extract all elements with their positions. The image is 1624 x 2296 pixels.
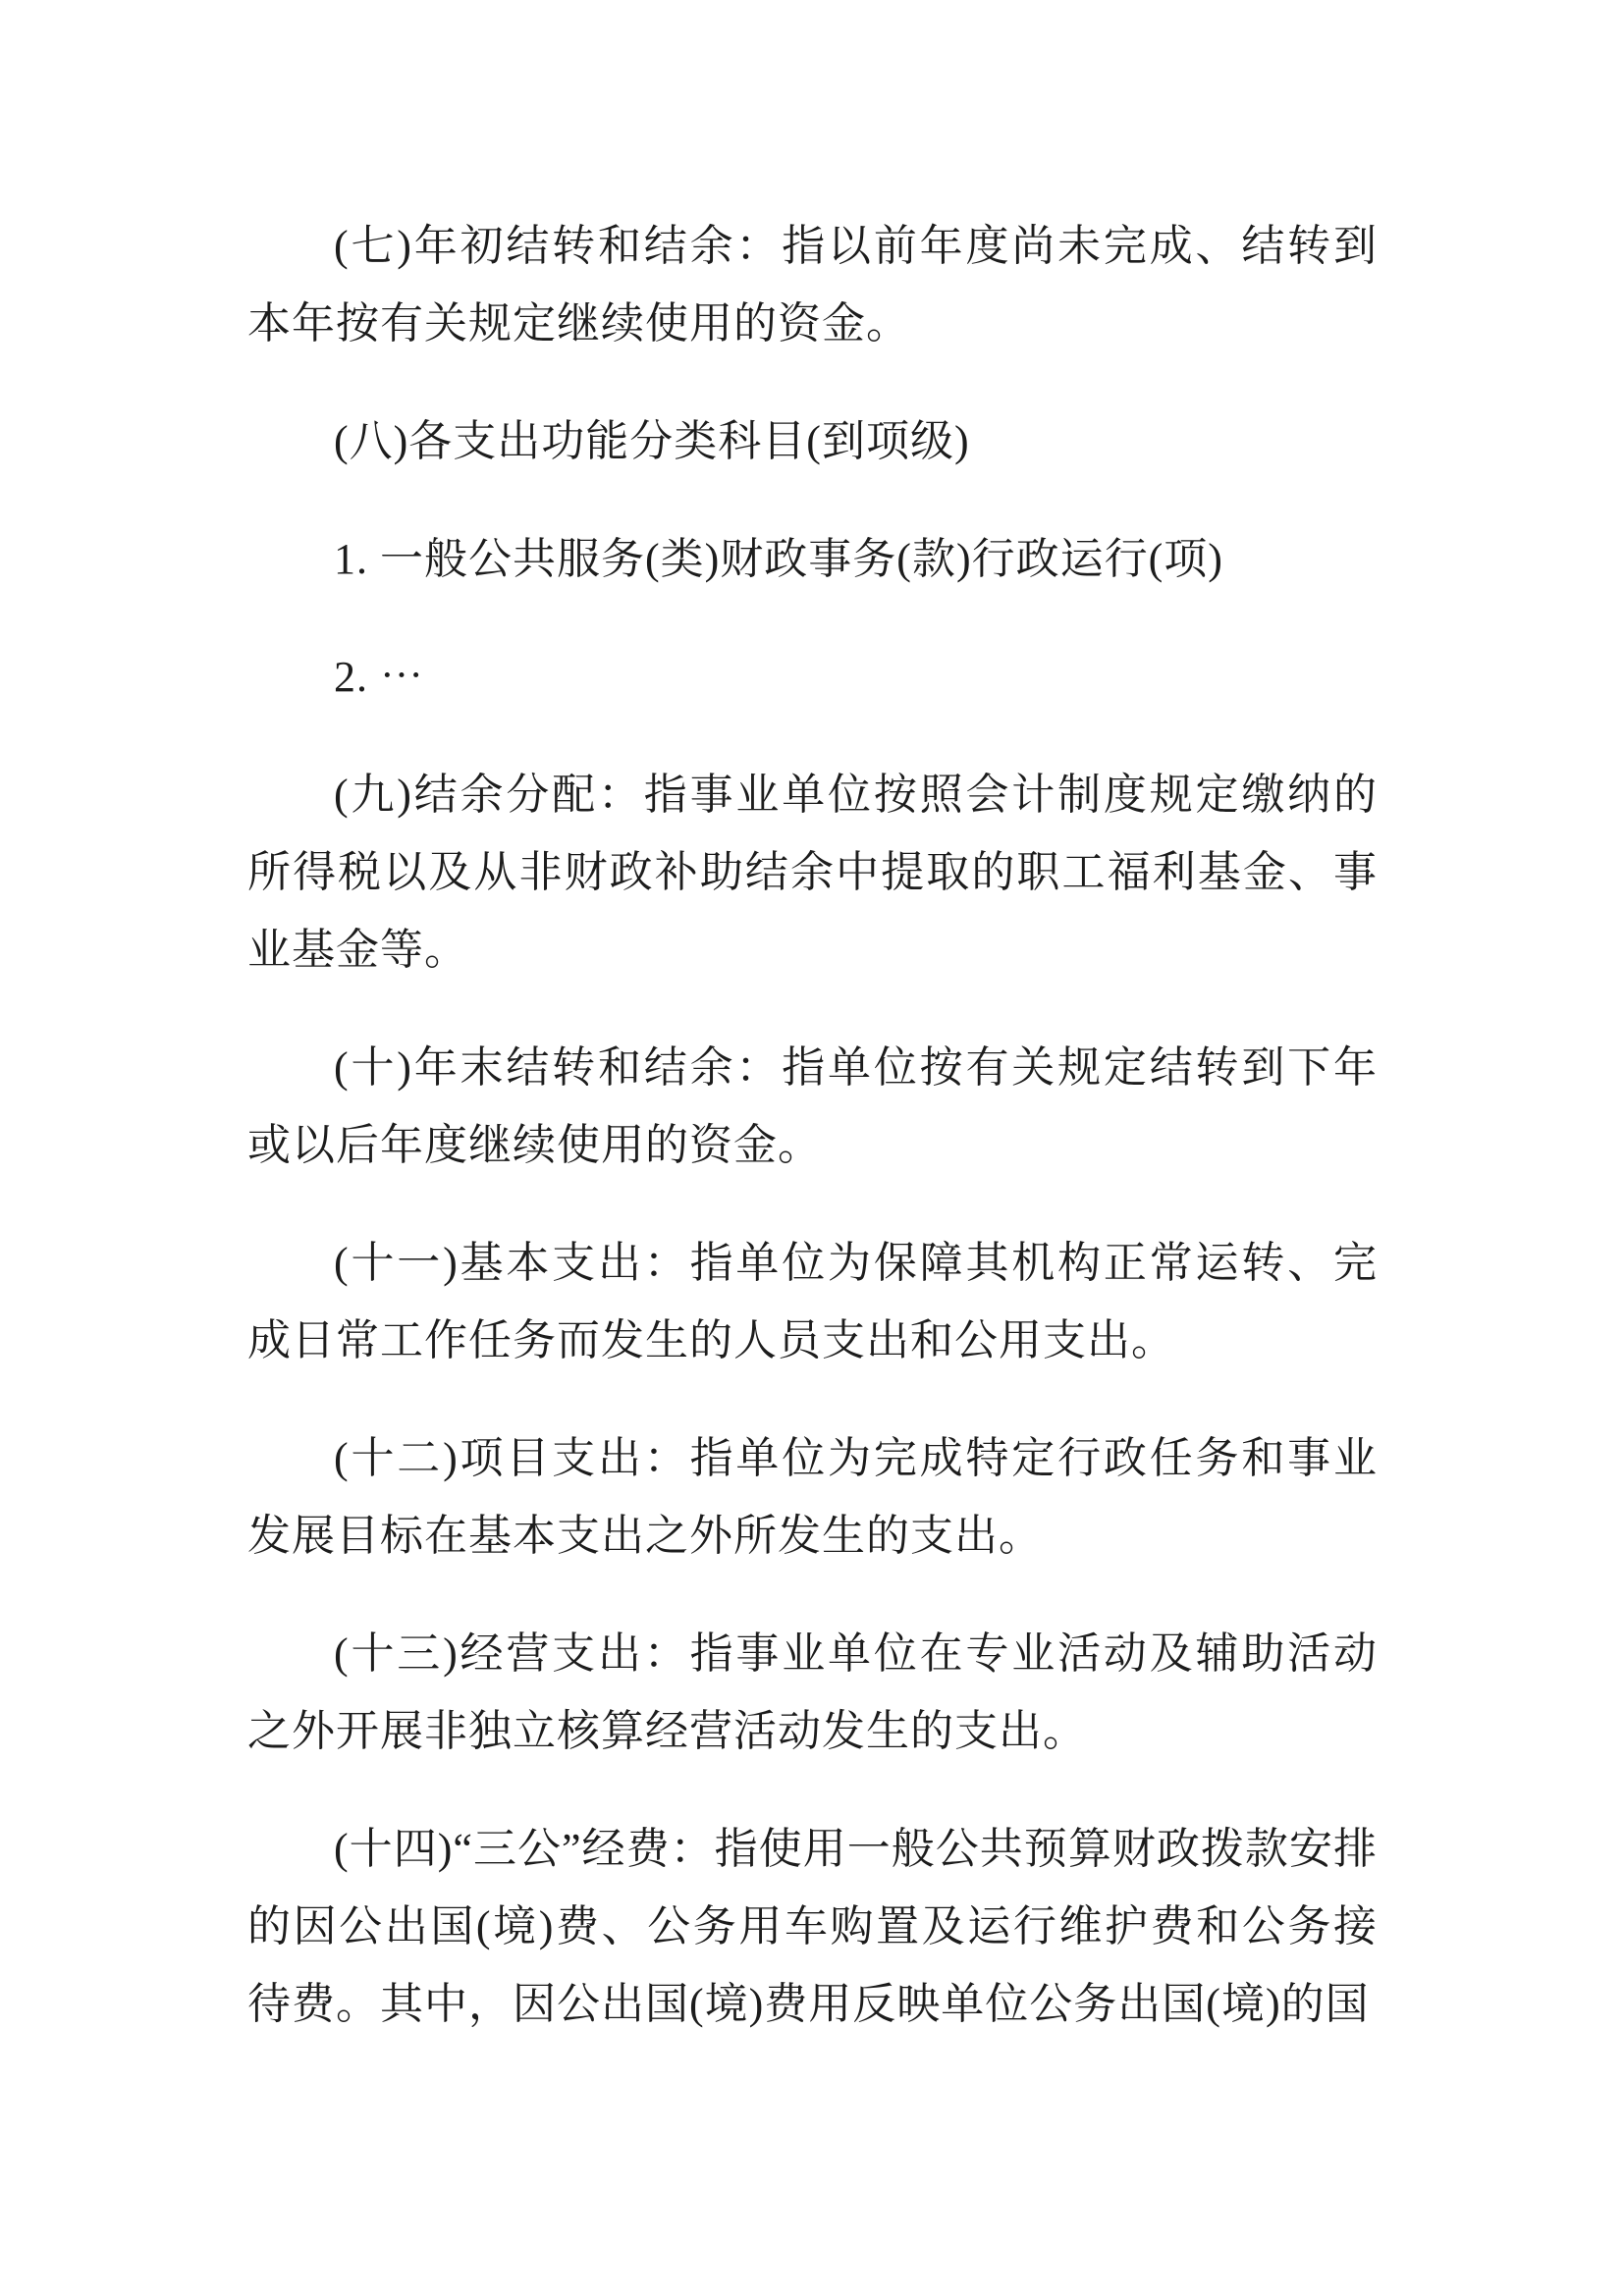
- paragraph-13-operating-expenditure: (十三)经营支出：指事业单位在专业活动及辅助活动之外开展非独立核算经营活动发生的…: [247, 1615, 1378, 1770]
- paragraph-7-carryover-begin-year: (七)年初结转和结余：指以前年度尚未完成、结转到本年按有关规定继续使用的资金。: [247, 207, 1378, 362]
- paragraph-8-expenditure-function-heading: (八)各支出功能分类科目(到项级): [247, 402, 1378, 480]
- list-item-2-ellipsis: 2. ⋯: [247, 638, 1378, 716]
- paragraph-10-carryover-end-year: (十)年末结转和结余：指单位按有关规定结转到下年或以后年度继续使用的资金。: [247, 1029, 1378, 1184]
- document-page: (七)年初结转和结余：指以前年度尚未完成、结转到本年按有关规定继续使用的资金。 …: [0, 0, 1624, 2296]
- paragraph-9-surplus-distribution: (九)结余分配：指事业单位按照会计制度规定缴纳的所得税以及从非财政补助结余中提取…: [247, 756, 1378, 988]
- paragraph-11-basic-expenditure: (十一)基本支出：指单位为保障其机构正常运转、完成日常工作任务而发生的人员支出和…: [247, 1224, 1378, 1379]
- paragraph-14-three-public-funds: (十四)“三公”经费：指使用一般公共预算财政拨款安排的因公出国(境)费、公务用车…: [247, 1810, 1378, 2043]
- paragraph-12-project-expenditure: (十二)项目支出：指单位为完成特定行政任务和事业发展目标在基本支出之外所发生的支…: [247, 1419, 1378, 1575]
- list-item-1-general-public-services: 1. 一般公共服务(类)财政事务(款)行政运行(项): [247, 520, 1378, 598]
